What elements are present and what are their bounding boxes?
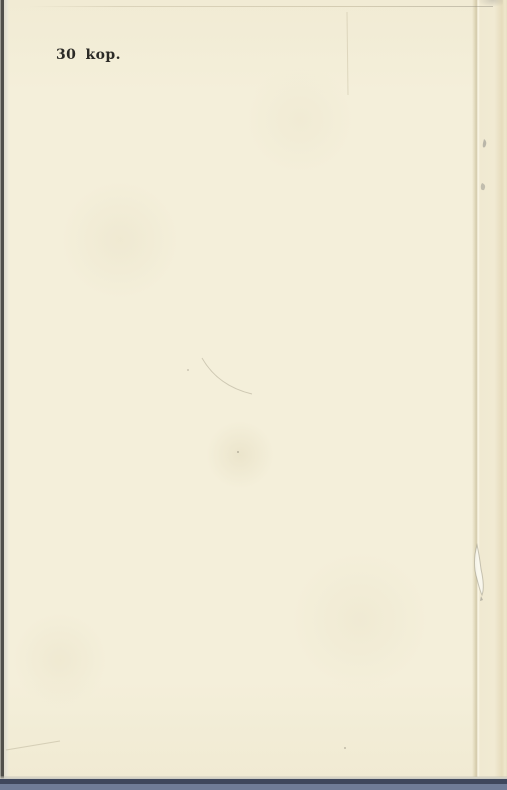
scan-strip-blue	[0, 784, 507, 790]
paper-speck	[237, 451, 239, 453]
paper-texture	[0, 0, 507, 790]
top-right-smudge	[477, 0, 503, 7]
cover-fold-crease	[472, 0, 480, 777]
hairline-scratch	[202, 358, 252, 394]
faint-vertical-crease	[347, 12, 348, 95]
paper-speck	[344, 747, 346, 749]
scanned-book-back-cover: 30 kop.	[0, 0, 507, 790]
top-edge-line	[28, 6, 493, 7]
scan-edge-left	[0, 0, 9, 790]
price-label: 30 kop.	[56, 47, 121, 63]
paper-speck	[187, 369, 189, 371]
cover-spine-area	[479, 0, 507, 777]
bottom-left-crease	[6, 741, 60, 750]
paper-blemishes	[0, 0, 507, 790]
